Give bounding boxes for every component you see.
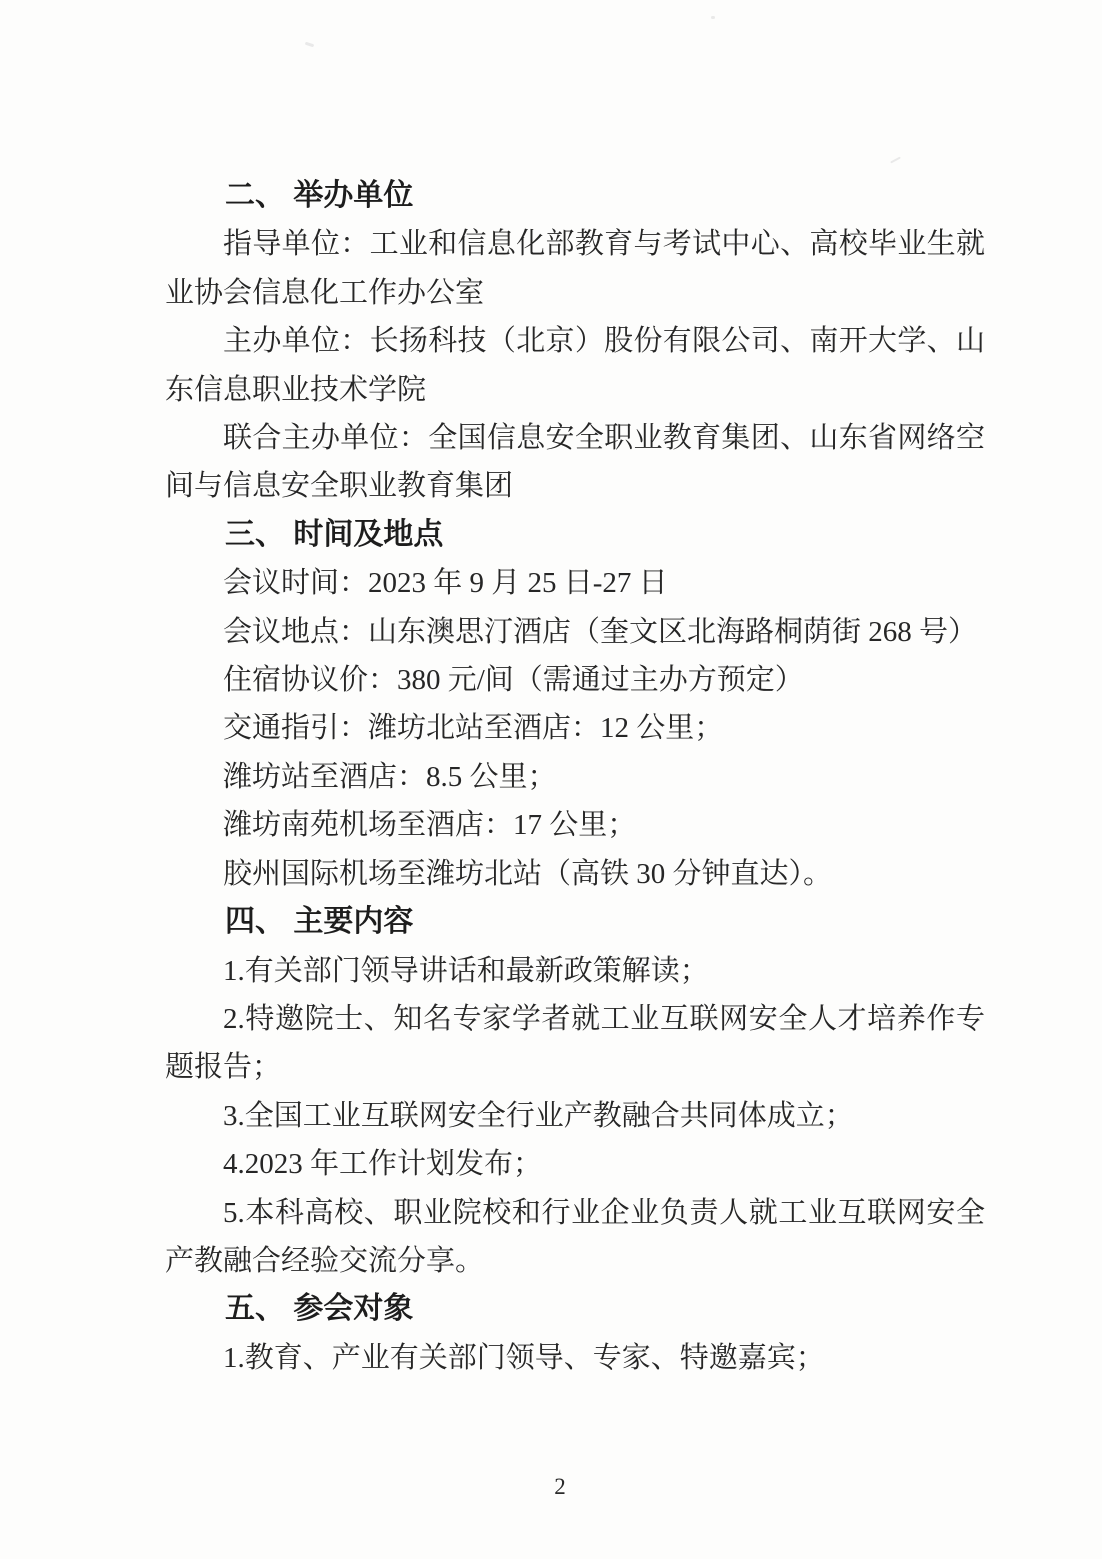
scan-speckle bbox=[305, 42, 314, 48]
section-heading: 二、 举办单位 bbox=[165, 172, 985, 220]
scan-speckle bbox=[711, 16, 715, 19]
paragraph: 联合主办单位：全国信息安全职业教育集团、山东省网络空间与信息安全职业教育集团 bbox=[165, 414, 985, 511]
page-footer: 2 bbox=[0, 1474, 1102, 1500]
paragraph: 潍坊站至酒店：8.5 公里； bbox=[165, 753, 985, 801]
paragraph: 1.有关部门领导讲话和最新政策解读； bbox=[165, 947, 985, 995]
paragraph: 3.全国工业互联网安全行业产教融合共同体成立； bbox=[165, 1092, 985, 1140]
section-heading: 五、 参会对象 bbox=[165, 1285, 985, 1333]
scanned-page: 二、 举办单位 指导单位：工业和信息化部教育与考试中心、高校毕业生就业协会信息化… bbox=[0, 0, 1102, 1559]
paragraph: 4.2023 年工作计划发布； bbox=[165, 1140, 985, 1188]
section-attendees: 五、 参会对象 1.教育、产业有关部门领导、专家、特邀嘉宾； bbox=[165, 1285, 985, 1382]
section-heading: 四、 主要内容 bbox=[165, 898, 985, 946]
paragraph: 主办单位：长扬科技（北京）股份有限公司、南开大学、山东信息职业技术学院 bbox=[165, 317, 985, 414]
paragraph: 1.教育、产业有关部门领导、专家、特邀嘉宾； bbox=[165, 1334, 985, 1382]
section-organizers: 二、 举办单位 指导单位：工业和信息化部教育与考试中心、高校毕业生就业协会信息化… bbox=[165, 172, 985, 511]
paragraph: 交通指引：潍坊北站至酒店：12 公里； bbox=[165, 704, 985, 752]
paragraph: 潍坊南苑机场至酒店：17 公里； bbox=[165, 801, 985, 849]
paragraph: 会议时间：2023 年 9 月 25 日-27 日 bbox=[165, 559, 985, 607]
paragraph: 会议地点：山东澳思汀酒店（奎文区北海路桐荫街 268 号） bbox=[165, 608, 985, 656]
paragraph: 住宿协议价：380 元/间（需通过主办方预定） bbox=[165, 656, 985, 704]
paragraph: 5.本科高校、职业院校和行业企业负责人就工业互联网安全产教融合经验交流分享。 bbox=[165, 1189, 985, 1286]
paragraph: 2.特邀院士、知名专家学者就工业互联网安全人才培养作专题报告； bbox=[165, 995, 985, 1092]
section-main-content: 四、 主要内容 1.有关部门领导讲话和最新政策解读； 2.特邀院士、知名专家学者… bbox=[165, 898, 985, 1285]
scan-speckle bbox=[890, 157, 901, 164]
page-number: 2 bbox=[554, 1474, 566, 1500]
paragraph: 指导单位：工业和信息化部教育与考试中心、高校毕业生就业协会信息化工作办公室 bbox=[165, 220, 985, 317]
section-heading: 三、 时间及地点 bbox=[165, 511, 985, 559]
paragraph: 胶州国际机场至潍坊北站（高铁 30 分钟直达）。 bbox=[165, 850, 985, 898]
document-body: 二、 举办单位 指导单位：工业和信息化部教育与考试中心、高校毕业生就业协会信息化… bbox=[165, 172, 985, 1382]
section-time-location: 三、 时间及地点 会议时间：2023 年 9 月 25 日-27 日 会议地点：… bbox=[165, 511, 985, 898]
